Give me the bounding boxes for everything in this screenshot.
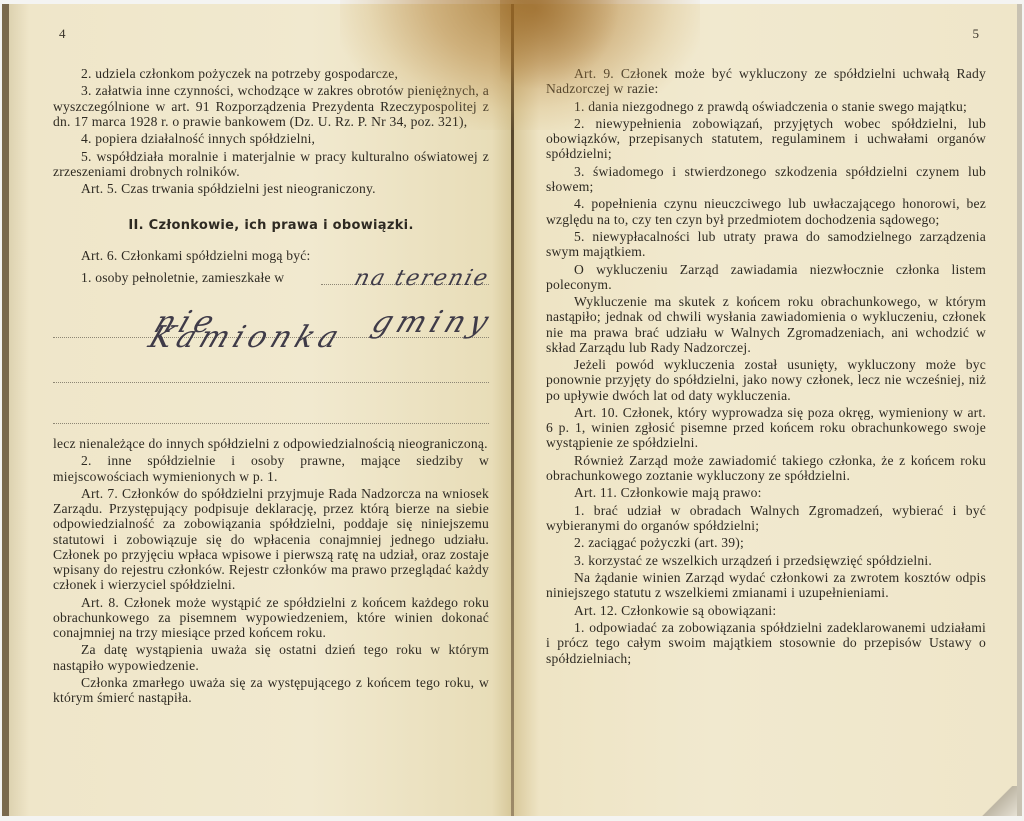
art6-fill-line-1: 1. osoby pełnoletnie, zamieszkałe w na t… <box>53 265 489 287</box>
paragraph: 5. współdziała moralnie i materjalnie w … <box>53 149 489 179</box>
paragraph: 3. świadomego i stwierdzonego szkodzenia… <box>546 164 986 194</box>
paragraph: 4. popełnienia czynu nieuczciwego lub uw… <box>546 196 986 226</box>
paragraph: Jeżeli powód wykluczenia został usunięty… <box>546 357 986 403</box>
paragraph: Art. 7. Członków do spółdzielni przyjmuj… <box>53 486 489 592</box>
paragraph: 3. załatwia inne czynności, wchodzące w … <box>53 83 489 129</box>
paragraph: 2. niewypełnienia zobowiązań, przyjętych… <box>546 116 986 162</box>
paragraph: 2. inne spółdzielnie i osoby prawne, maj… <box>53 453 489 483</box>
art6-item1-prefix: 1. osoby pełnoletnie, zamieszkałe w <box>81 270 284 285</box>
paragraph: 1. brać udział w obradach Walnych Zgroma… <box>546 503 986 533</box>
paragraph: Członka zmarłego uważa się za występując… <box>53 675 489 705</box>
paragraph: Art. 10. Członek, który wyprowadza się p… <box>546 405 986 451</box>
paragraph: Art. 8. Członek może wystąpić ze spółdzi… <box>53 595 489 641</box>
paragraph: 1. odpowiadać za zobowiązania spółdzieln… <box>546 620 986 666</box>
paragraph: Art. 5. Czas trwania spółdzielni jest ni… <box>53 181 489 196</box>
page-number-left: 4 <box>59 26 66 42</box>
handwritten-entry-1: na terenie <box>353 271 491 286</box>
art6-fill-line-2: nie gminy Kamionka <box>53 287 489 338</box>
paragraph: 1. dania niezgodnego z prawdą oświadczen… <box>546 99 986 114</box>
paragraph: Art. 11. Członkowie mają prawo: <box>546 485 986 500</box>
paragraph: Wykluczenie ma skutek z końcem roku obra… <box>546 294 986 355</box>
open-book-spread: 4 2. udziela członkom pożyczek na potrze… <box>0 0 1024 821</box>
art6-intro: Art. 6. Członkami spółdzielni mogą być: <box>53 248 489 263</box>
left-page: 4 2. udziela członkom pożyczek na potrze… <box>2 4 512 816</box>
paragraph: 3. korzystać ze wszelkich urządzeń i prz… <box>546 553 986 568</box>
paragraph: 5. niewypłacalności lub utraty prawa do … <box>546 229 986 259</box>
paragraph: Art. 9. Członek może być wykluczony ze s… <box>546 66 986 96</box>
paragraph: lecz nienależące do innych spółdzielni z… <box>53 436 489 451</box>
paragraph: 2. zaciągać pożyczki (art. 39); <box>546 535 986 550</box>
right-page: 5 Art. 9. Członek może być wykluczony ze… <box>514 4 1022 816</box>
paragraph: Na żądanie winien Zarząd wydać członkowi… <box>546 570 986 600</box>
paragraph: 4. popiera działalność innych spółdzieln… <box>53 131 489 146</box>
left-page-text: 2. udziela członkom pożyczek na potrzeby… <box>53 66 489 708</box>
right-page-text: Art. 9. Członek może być wykluczony ze s… <box>546 66 986 668</box>
paragraph: Za datę wystąpienia uważa się ostatni dz… <box>53 642 489 672</box>
page-number-right: 5 <box>973 26 980 42</box>
handwritten-entry-2: nie gminy Kamionka <box>147 315 494 345</box>
blank-fill-line-4 <box>53 383 489 424</box>
section-heading: II. Członkowie, ich prawa i obowiązki. <box>53 218 489 233</box>
paragraph: Również Zarząd może zawiadomić takiego c… <box>546 453 986 483</box>
paragraph: Art. 12. Członkowie są obowiązani: <box>546 603 986 618</box>
paragraph: 2. udziela członkom pożyczek na potrzeby… <box>53 66 489 81</box>
paragraph: O wykluczeniu Zarząd zawiadamia niezwłoc… <box>546 262 986 292</box>
dog-eared-corner <box>979 786 1017 816</box>
